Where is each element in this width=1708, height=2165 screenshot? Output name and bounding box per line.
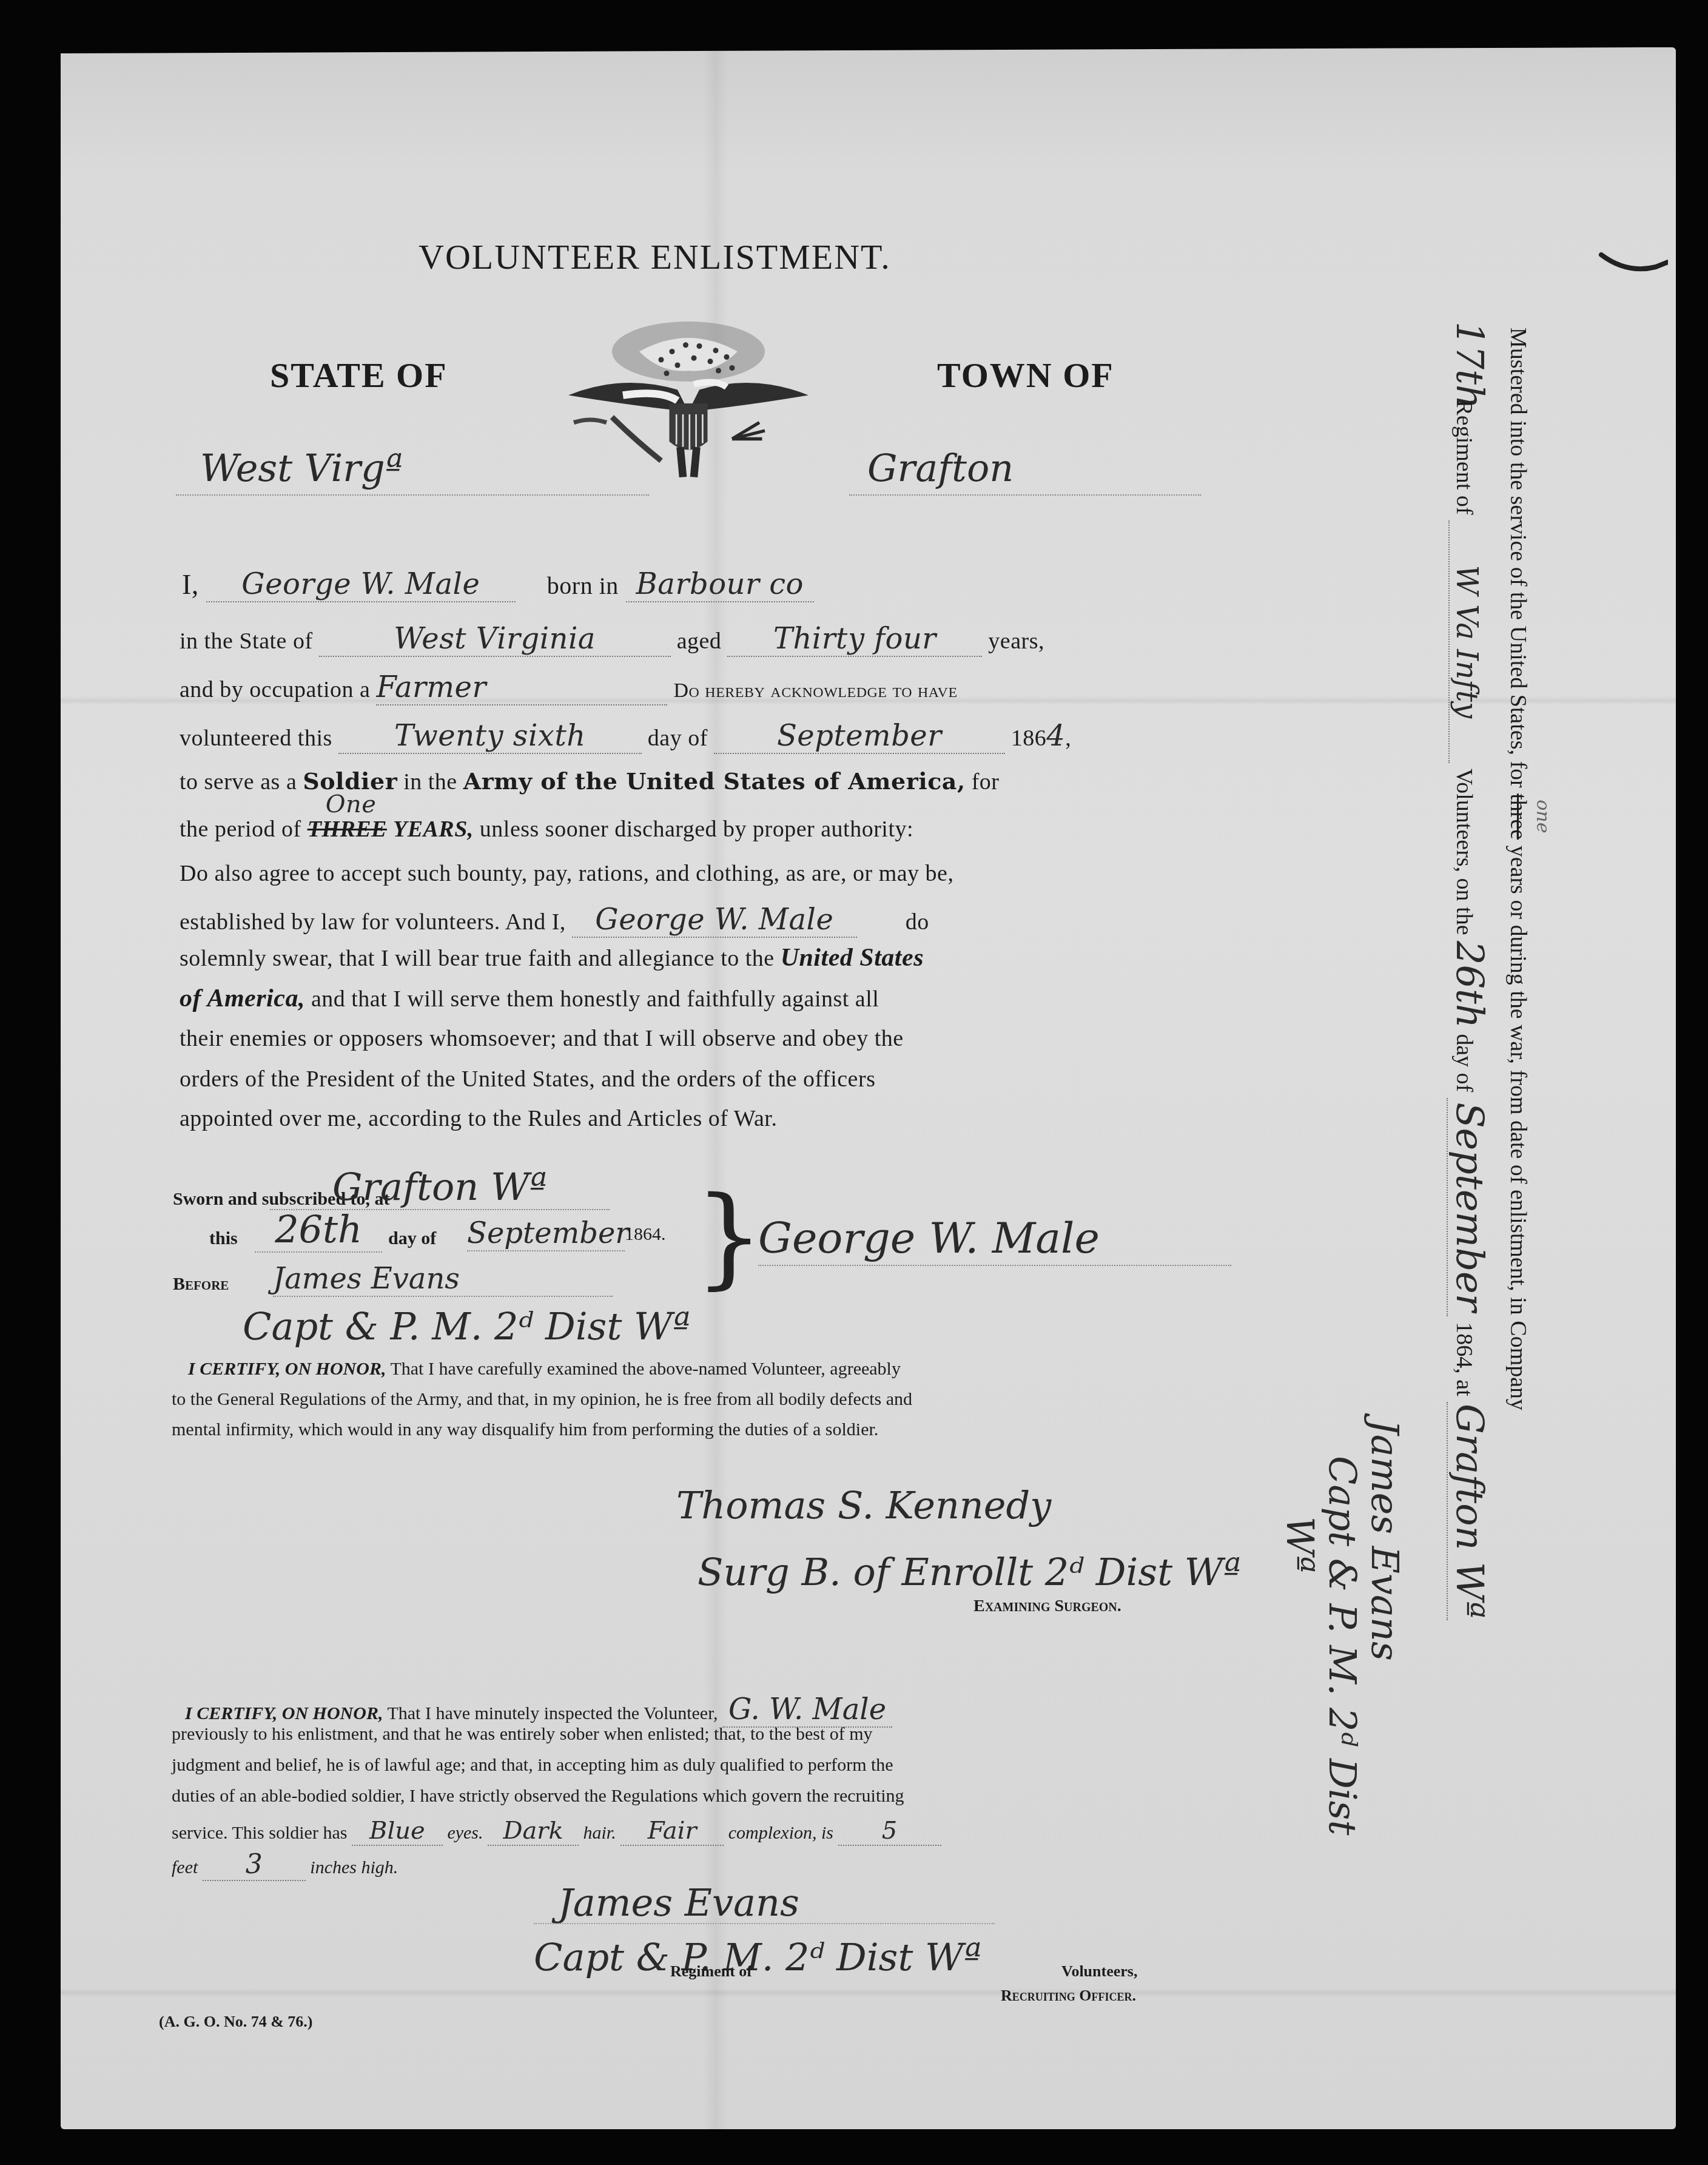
- regiment-number: 17th: [1448, 322, 1492, 394]
- recruiter-title: Capt & P. M. 2ᵈ Dist Wª: [534, 1935, 981, 1979]
- oath-day: 26th: [255, 1207, 382, 1253]
- form-number: (A. G. O. No. 74 & 76.): [159, 2013, 312, 2031]
- declaration-line-3: and by occupation a Farmer Do hereby ack…: [180, 670, 958, 705]
- recruit-certificate-line-2: previously to his enlistment, and that h…: [172, 1724, 873, 1745]
- oath-year: 1864.: [625, 1224, 666, 1245]
- regiment-value: W Va Infty: [1448, 520, 1484, 763]
- declaration-line-7: Do also agree to accept such bounty, pay…: [180, 860, 953, 887]
- declaration-line-9: solemnly swear, that I will bear true fa…: [180, 943, 924, 972]
- eagle-seal-icon: [552, 312, 825, 494]
- muster-day: 26th: [1448, 941, 1492, 1028]
- declaration-line-6: the period of THREE One YEARS, unless so…: [180, 816, 913, 843]
- eyes-value: Blue: [352, 1817, 443, 1846]
- struck-term: THREE: [308, 817, 387, 842]
- declaration-line-2: in the State of West Virginia aged Thirt…: [180, 622, 1044, 657]
- complexion-value: Fair: [620, 1817, 724, 1846]
- muster-place: Grafton Wª: [1447, 1402, 1492, 1620]
- muster-line-2: 17th Regiment of W Va Infty Volunteers, …: [1447, 322, 1492, 1620]
- volunteer-name: George W. Male: [206, 567, 516, 602]
- recruit-certificate-line-5: service. This soldier has Blue eyes. Dar…: [172, 1817, 941, 1846]
- sworn-place: Grafton Wª: [270, 1165, 610, 1210]
- declaration-line-12: orders of the President of the United St…: [180, 1066, 875, 1093]
- oath-month: September: [467, 1216, 625, 1251]
- muster-line-1: Mustered into the service of the United …: [1505, 328, 1531, 1410]
- surgeon-certificate-line-3: mental infirmity, which would in any way…: [172, 1419, 878, 1440]
- town-label: TOWN OF: [937, 355, 1114, 396]
- inserted-term: One: [326, 790, 377, 818]
- town-underline: [849, 494, 1201, 496]
- before-officer-name: James Evans: [273, 1262, 613, 1297]
- oath-day-of-label: day of: [388, 1228, 436, 1249]
- declaration-line-11: their enemies or opposers whomsoever; an…: [180, 1025, 904, 1052]
- enlist-day: Twenty sixth: [338, 719, 642, 754]
- inspected-volunteer-name: G. W. Male: [722, 1692, 892, 1728]
- oath-this-label: this: [209, 1228, 238, 1249]
- recruit-certificate-line-3: judgment and belief, he is of lawful age…: [172, 1755, 893, 1776]
- recruit-certificate-line-1: I CERTIFY, ON HONOR, That I have minutel…: [185, 1692, 892, 1728]
- muster-officer-title: Capt & P. M. 2ᵈ Dist: [1320, 1456, 1365, 1835]
- brace: }: [694, 1183, 764, 1292]
- before-label: Before: [173, 1274, 229, 1295]
- examining-surgeon-label: Examining Surgeon.: [973, 1597, 1121, 1616]
- muster-officer-name: James Evans: [1363, 1419, 1407, 1661]
- recruiting-officer-label: Recruiting Officer.: [1001, 1987, 1136, 2005]
- declaration-line-13: appointed over me, according to the Rule…: [180, 1105, 777, 1132]
- declaration-line-1: I, George W. Male born in Barbour co: [182, 567, 814, 602]
- document-title: VOLUNTEER ENLISTMENT.: [419, 237, 891, 277]
- signature-line: [758, 1265, 1231, 1266]
- declaration-line-10: of America, and that I will serve them h…: [180, 984, 879, 1013]
- volunteers-label: Volunteers,: [1061, 1962, 1137, 1981]
- hair-value: Dark: [488, 1817, 579, 1846]
- occupation-value: Farmer: [376, 670, 667, 705]
- declaration-line-8: established by law for volunteers. And I…: [180, 903, 929, 938]
- state-underline: [176, 494, 649, 496]
- oath-name: George W. Male: [572, 903, 857, 938]
- height-feet-value: 5: [838, 1817, 941, 1846]
- surgeon-title: Surg B. of Enrollt 2ᵈ Dist Wª: [698, 1550, 1241, 1594]
- declaration-line-4: volunteered this Twenty sixth day of Sep…: [180, 719, 1071, 754]
- muster-month: September: [1447, 1098, 1492, 1316]
- before-officer-title: Capt & P. M. 2ᵈ Dist Wª: [243, 1304, 690, 1348]
- town-value: Grafton: [867, 446, 1014, 490]
- state-value: West Virgª: [200, 446, 403, 490]
- surgeon-certificate-line-1: I CERTIFY, ON HONOR, That I have careful…: [188, 1359, 901, 1379]
- age-value: Thirty four: [727, 622, 982, 657]
- height-inches-value: 3: [203, 1849, 306, 1881]
- surgeon-signature: Thomas S. Kennedy: [676, 1483, 1051, 1527]
- recruiter-signature: James Evans: [558, 1880, 799, 1925]
- declaration-line-5: to serve as a Soldier in the Army of the…: [180, 767, 999, 795]
- muster-officer-state: Wª: [1278, 1517, 1322, 1573]
- paper-fold: [61, 1988, 1676, 1997]
- surgeon-certificate-line-2: to the General Regulations of the Army, …: [172, 1389, 912, 1410]
- birthplace: Barbour co: [626, 567, 814, 602]
- recruit-certificate-line-6: feet 3 inches high.: [172, 1849, 398, 1881]
- state-label: STATE OF: [270, 355, 448, 396]
- volunteer-signature: George W. Male: [758, 1213, 1100, 1263]
- regiment-label: Regiment of: [670, 1962, 752, 1981]
- birth-state: West Virginia: [319, 622, 671, 657]
- recruiter-signature-line: [534, 1923, 995, 1924]
- recruit-certificate-line-4: duties of an able-bodied soldier, I have…: [172, 1786, 904, 1806]
- enlist-month: September: [714, 719, 1005, 754]
- ink-mark-icon: [1595, 249, 1668, 297]
